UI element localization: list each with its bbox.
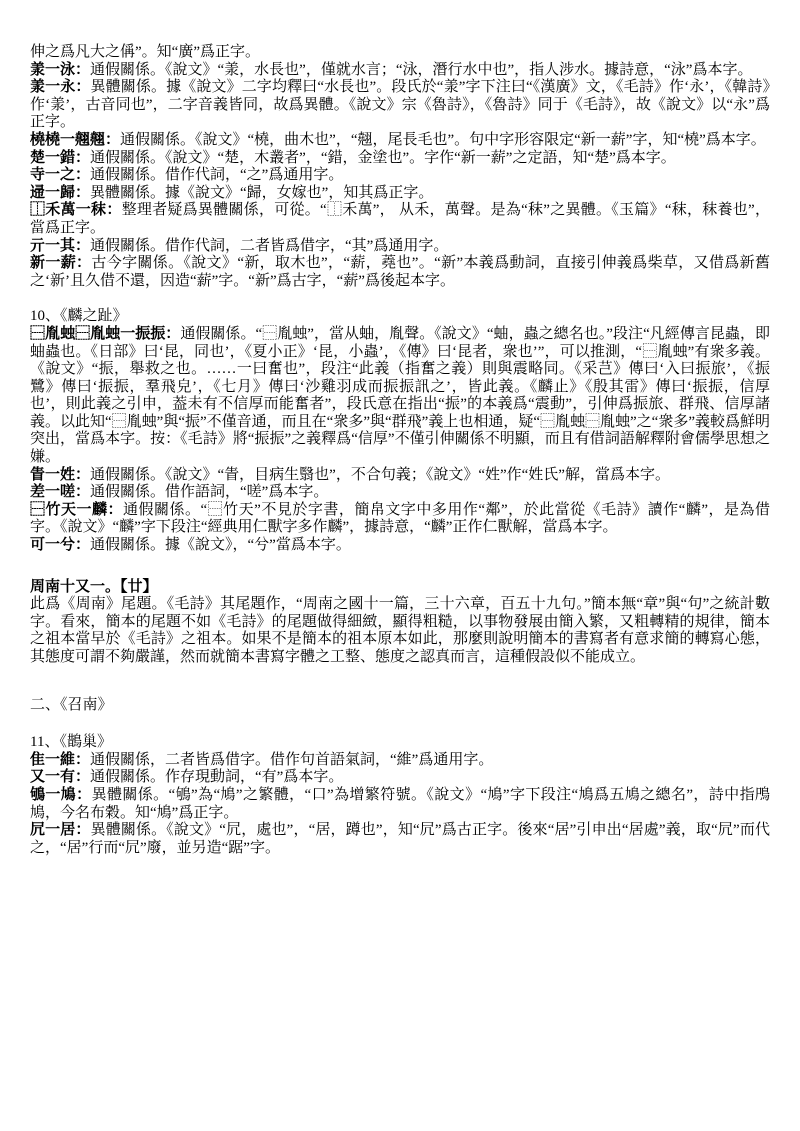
entry-head: 隹一維： xyxy=(30,752,90,768)
entry-head: 橈橈一翹翹： xyxy=(30,132,120,148)
entry-head: 羕一永： xyxy=(30,79,91,95)
entry-zhen-zhen: ⿱胤䖵⿱胤䖵一振振：通假關係。“⿱胤䖵”，當从蚰，胤聲。《說文》“蚰，蟲之總名也… xyxy=(30,326,770,467)
entry-text: 通假關係。借作代詞，“之”爲通用字。 xyxy=(90,167,343,183)
entry-si-zhi: 寺一之：通假關係。借作代詞，“之”爲通用字。 xyxy=(30,167,770,185)
entry-head: 亓一其： xyxy=(30,238,90,254)
entry-head: ⿱胤䖵⿱胤䖵一振振： xyxy=(30,326,180,342)
entry-mo: ⿰禾萬一秣：整理者疑爲異體關係，可從。“⿰禾萬”， 从禾，萬聲。是為“秣”之異體… xyxy=(30,202,770,237)
entry-rao-qiao: 橈橈一翹翹：通假關係。《說文》“橈，曲木也”，“翹，尾長毛也”。句中字形容限定“… xyxy=(30,132,770,150)
entry-text: 異體關係。據《說文》二字均釋曰“水長也”。段氏於“羕”字下注曰“《漢廣》文，《毛… xyxy=(30,79,770,130)
entry-sheng-xing: 眚一姓：通假關係。《說文》“眚，目病生翳也”，不合句義；《說文》“姓”作“姓氏”… xyxy=(30,467,770,485)
section-heading-shaonan: 二、《召南》 xyxy=(30,697,770,715)
entry-ju: 凥一居：異體關係。《說文》“凥，處也”，“居，蹲也”，知“凥”爲古正字。後來“居… xyxy=(30,822,770,857)
section-heading-zhounan-tail: 周南十又一。【廿】 xyxy=(30,579,770,597)
entry-text: 通假關係。《說文》“橈，曲木也”，“翹，尾長毛也”。句中字形容限定“新一薪”字，… xyxy=(120,132,766,148)
entry-xin-xin: 新一薪：古今字關係。《說文》“新，取木也”，“薪，蕘也”。“新”本義爲動詞，直接… xyxy=(30,255,770,290)
entry-head: 寺一之： xyxy=(30,167,90,183)
entry-cha-jie: 差一嗟：通假關係。借作語詞，“嗟”爲本字。 xyxy=(30,484,770,502)
entry-you-you: 又一有：通假關係。作存現動詞，“有”爲本字。 xyxy=(30,769,770,787)
entry-text: 通假關係。作存現動詞，“有”爲本字。 xyxy=(90,769,343,785)
paragraph-continuation: 伸之爲凡大之偁”。知“廣”爲正字。 xyxy=(30,44,770,62)
entry-text: 通假關係，二者皆爲借字。借作句首語氣詞，“維”爲通用字。 xyxy=(90,752,493,768)
entry-head: 可一兮： xyxy=(30,537,90,553)
entry-text: 古今字關係。《說文》“新，取木也”，“薪，蕘也”。“新”本義爲動詞，直接引伸義爲… xyxy=(30,255,770,289)
entry-zhui-wei: 隹一維：通假關係，二者皆爲借字。借作句首語氣詞，“維”爲通用字。 xyxy=(30,752,770,770)
entry-text: 整理者疑爲異體關係，可從。“⿰禾萬”， 从禾，萬聲。是為“秣”之異體。《玉篇》“… xyxy=(30,202,770,236)
entry-text: 異體關係。據《說文》“歸，女嫁也”，知其爲正字。 xyxy=(90,185,433,201)
entry-gui: 䢜一歸：異體關係。據《說文》“歸，女嫁也”，知其爲正字。 xyxy=(30,185,770,203)
entry-head: 又一有： xyxy=(30,769,90,785)
entry-head: 凥一居： xyxy=(30,822,91,838)
entry-head: ⿰禾萬一秣： xyxy=(30,202,122,218)
entry-yang-yong: 羕一泳：通假關係。《說文》“羕，水長也”，僅就水言；“泳，潛行水中也”，指人涉水… xyxy=(30,62,770,80)
section-title: 11、《鵲巢》 xyxy=(30,734,112,750)
entry-head: 羕一泳： xyxy=(30,62,90,78)
entry-text: 異體關係。“鴝”為“鳩”之繁體，“口”為增繁符號。《說文》“鳩”字下段注“鳩爲五… xyxy=(30,787,770,821)
entry-head: 眚一姓： xyxy=(30,467,90,483)
entry-text: 異體關係。《說文》“凥，處也”，“居，蹲也”，知“凥”爲古正字。後來“居”引申出… xyxy=(30,822,770,856)
section-heading-lin-zhi-zhi: 10、《麟之趾》 xyxy=(30,308,770,326)
section-title: 二、《召南》 xyxy=(30,697,113,713)
paragraph-zhounan-discussion: 此爲《周南》尾題。《毛詩》其尾題作，“周南之國十一篇，三十六章，百五十九句。”簡… xyxy=(30,596,770,666)
section-heading-que-chao: 11、《鵲巢》 xyxy=(30,734,770,752)
entry-chu-cuo: 楚一錯：通假關係。《說文》“楚，木叢者”，“錯，金塗也”。字作“新一薪”之定語，… xyxy=(30,150,770,168)
entry-jiu: 鴝一鳩：異體關係。“鴝”為“鳩”之繁體，“口”為增繁符號。《說文》“鳩”字下段注… xyxy=(30,787,770,822)
entry-text: 伸之爲凡大之偁”。知“廣”爲正字。 xyxy=(30,44,260,60)
section-title: 10、《麟之趾》 xyxy=(30,308,128,324)
entry-qi: 亓一其：通假關係。借作代詞，二者皆爲借字，“其”爲通用字。 xyxy=(30,238,770,256)
entry-head: 楚一錯： xyxy=(30,150,90,166)
entry-text: 通假關係。《說文》“眚，目病生翳也”，不合句義；《說文》“姓”作“姓氏”解，當爲… xyxy=(90,467,670,483)
entry-head: 䢜一歸： xyxy=(30,185,90,201)
entry-head: 差一嗟： xyxy=(30,484,90,500)
entry-head: 鴝一鳩： xyxy=(30,787,92,803)
entry-text: 通假關係。據《說文》，“兮”當爲本字。 xyxy=(90,537,351,553)
entry-text: 通假關係。“⿱胤䖵”，當从蚰，胤聲。《說文》“蚰，蟲之總名也。”段注“凡經傳言昆… xyxy=(30,326,770,465)
entry-head: ⿱竹天一麟： xyxy=(30,502,123,518)
section-title-bold: 周南十又一。【廿】 xyxy=(30,579,158,595)
entry-text: 通假關係。借作語詞，“嗟”爲本字。 xyxy=(90,484,328,500)
entry-yang-yong2: 羕一永：異體關係。據《說文》二字均釋曰“水長也”。段氏於“羕”字下注曰“《漢廣》… xyxy=(30,79,770,132)
entry-text: 此爲《周南》尾題。《毛詩》其尾題作，“周南之國十一篇，三十六章，百五十九句。”簡… xyxy=(30,596,770,665)
entry-ke-xi: 可一兮：通假關係。據《說文》，“兮”當爲本字。 xyxy=(30,537,770,555)
entry-text: 通假關係。“⿱竹天”不見於字書，簡帛文字中多用作“鄰”，於此當從《毛詩》讀作“麟… xyxy=(30,502,770,536)
entry-text: 通假關係。借作代詞，二者皆爲借字，“其”爲通用字。 xyxy=(90,238,448,254)
entry-lin: ⿱竹天一麟：通假關係。“⿱竹天”不見於字書，簡帛文字中多用作“鄰”，於此當從《毛… xyxy=(30,502,770,537)
entry-text: 通假關係。《說文》“楚，木叢者”，“錯，金塗也”。字作“新一薪”之定語，知“楚”… xyxy=(90,150,676,166)
entry-head: 新一薪： xyxy=(30,255,91,271)
entry-text: 通假關係。《說文》“羕，水長也”，僅就水言；“泳，潛行水中也”，指人涉水。據詩意… xyxy=(90,62,752,78)
document-page: 伸之爲凡大之偁”。知“廣”爲正字。 羕一泳：通假關係。《說文》“羕，水長也”，僅… xyxy=(0,0,800,1131)
